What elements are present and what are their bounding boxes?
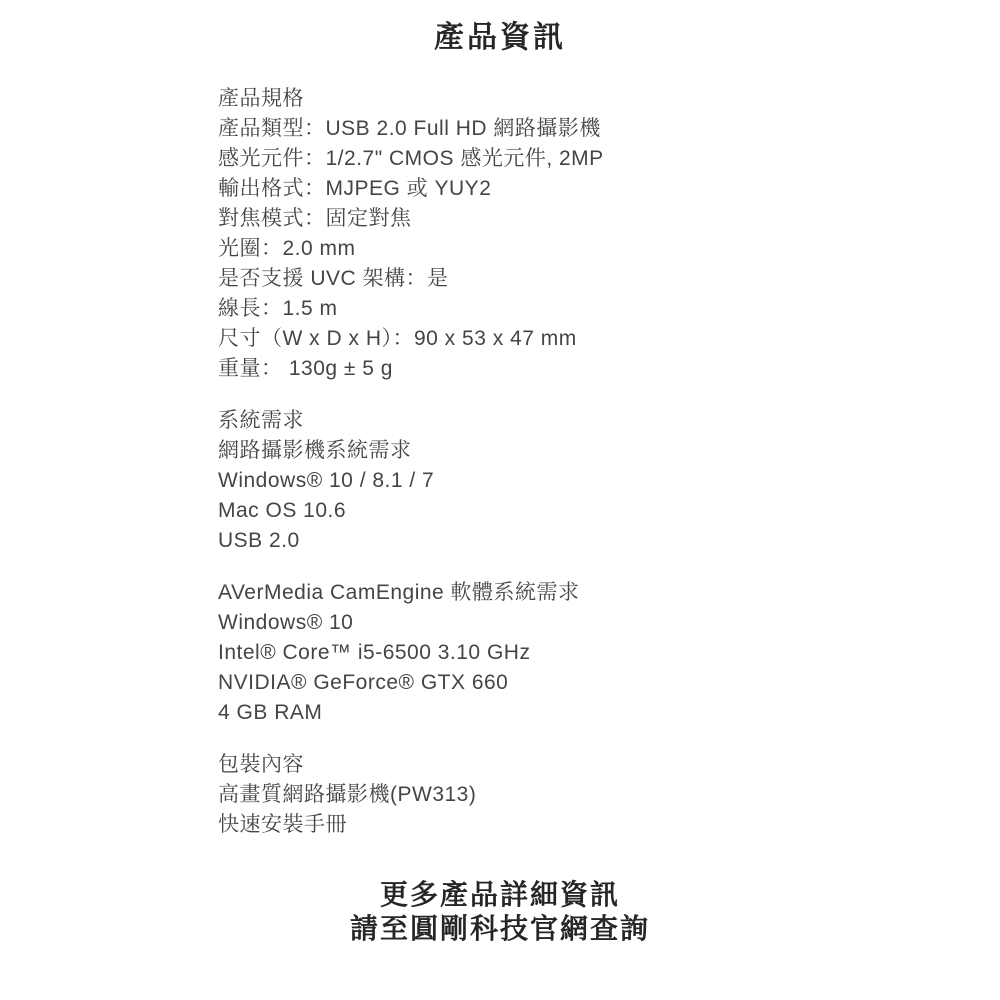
spec-line-uvc-support: 是否支援 UVC 架構：是	[218, 264, 940, 294]
sysreq-line-webcam-reqs: 網路攝影機系統需求	[218, 436, 940, 466]
package-line-webcam: 高畫質網路攝影機(PW313)	[218, 780, 940, 810]
camengine-line-cpu: Intel® Core™ i5-6500 3.10 GHz	[218, 638, 940, 668]
section-heading-camengine: AVerMedia CamEngine 軟體系統需求	[218, 578, 940, 608]
section-package-contents: 包裝內容 高畫質網路攝影機(PW313) 快速安裝手冊	[218, 750, 940, 840]
footer-line-more-info: 更多產品詳細資訊	[0, 878, 1000, 912]
section-heading-package-contents: 包裝內容	[218, 750, 940, 780]
package-line-quick-guide: 快速安裝手冊	[218, 810, 940, 840]
section-heading-system-requirements: 系統需求	[218, 406, 940, 436]
spec-line-focus-mode: 對焦模式：固定對焦	[218, 204, 940, 234]
spec-line-dimensions: 尺寸（W x D x H）：90 x 53 x 47 mm	[218, 324, 940, 354]
spec-line-output-format: 輸出格式：MJPEG 或 YUY2	[218, 174, 940, 204]
product-info-page: 產品資訊 產品規格 產品類型：USB 2.0 Full HD 網路攝影機 感光元…	[0, 0, 1000, 1000]
spec-line-product-type: 產品類型：USB 2.0 Full HD 網路攝影機	[218, 114, 940, 144]
product-info-content: 產品規格 產品類型：USB 2.0 Full HD 網路攝影機 感光元件：1/2…	[218, 84, 940, 840]
sysreq-line-usb: USB 2.0	[218, 526, 940, 556]
sysreq-line-windows: Windows® 10 / 8.1 / 7	[218, 466, 940, 496]
spec-line-sensor: 感光元件：1/2.7" CMOS 感光元件, 2MP	[218, 144, 940, 174]
section-system-requirements: 系統需求 網路攝影機系統需求 Windows® 10 / 8.1 / 7 Mac…	[218, 406, 940, 556]
page-title: 產品資訊	[0, 12, 1000, 56]
footer-line-official-site: 請至圓剛科技官網查詢	[0, 912, 1000, 946]
section-heading-product-specs: 產品規格	[218, 84, 940, 114]
camengine-line-ram: 4 GB RAM	[218, 698, 940, 728]
section-camengine-requirements: AVerMedia CamEngine 軟體系統需求 Windows® 10 I…	[218, 578, 940, 728]
footer-note: 更多產品詳細資訊 請至圓剛科技官網查詢	[0, 878, 1000, 946]
sysreq-line-macos: Mac OS 10.6	[218, 496, 940, 526]
camengine-line-windows: Windows® 10	[218, 608, 940, 638]
spec-line-aperture: 光圈：2.0 mm	[218, 234, 940, 264]
spec-line-cable-length: 線長：1.5 m	[218, 294, 940, 324]
section-product-specs: 產品規格 產品類型：USB 2.0 Full HD 網路攝影機 感光元件：1/2…	[218, 84, 940, 384]
camengine-line-gpu: NVIDIA® GeForce® GTX 660	[218, 668, 940, 698]
spec-line-weight: 重量： 130g ± 5 g	[218, 354, 940, 384]
